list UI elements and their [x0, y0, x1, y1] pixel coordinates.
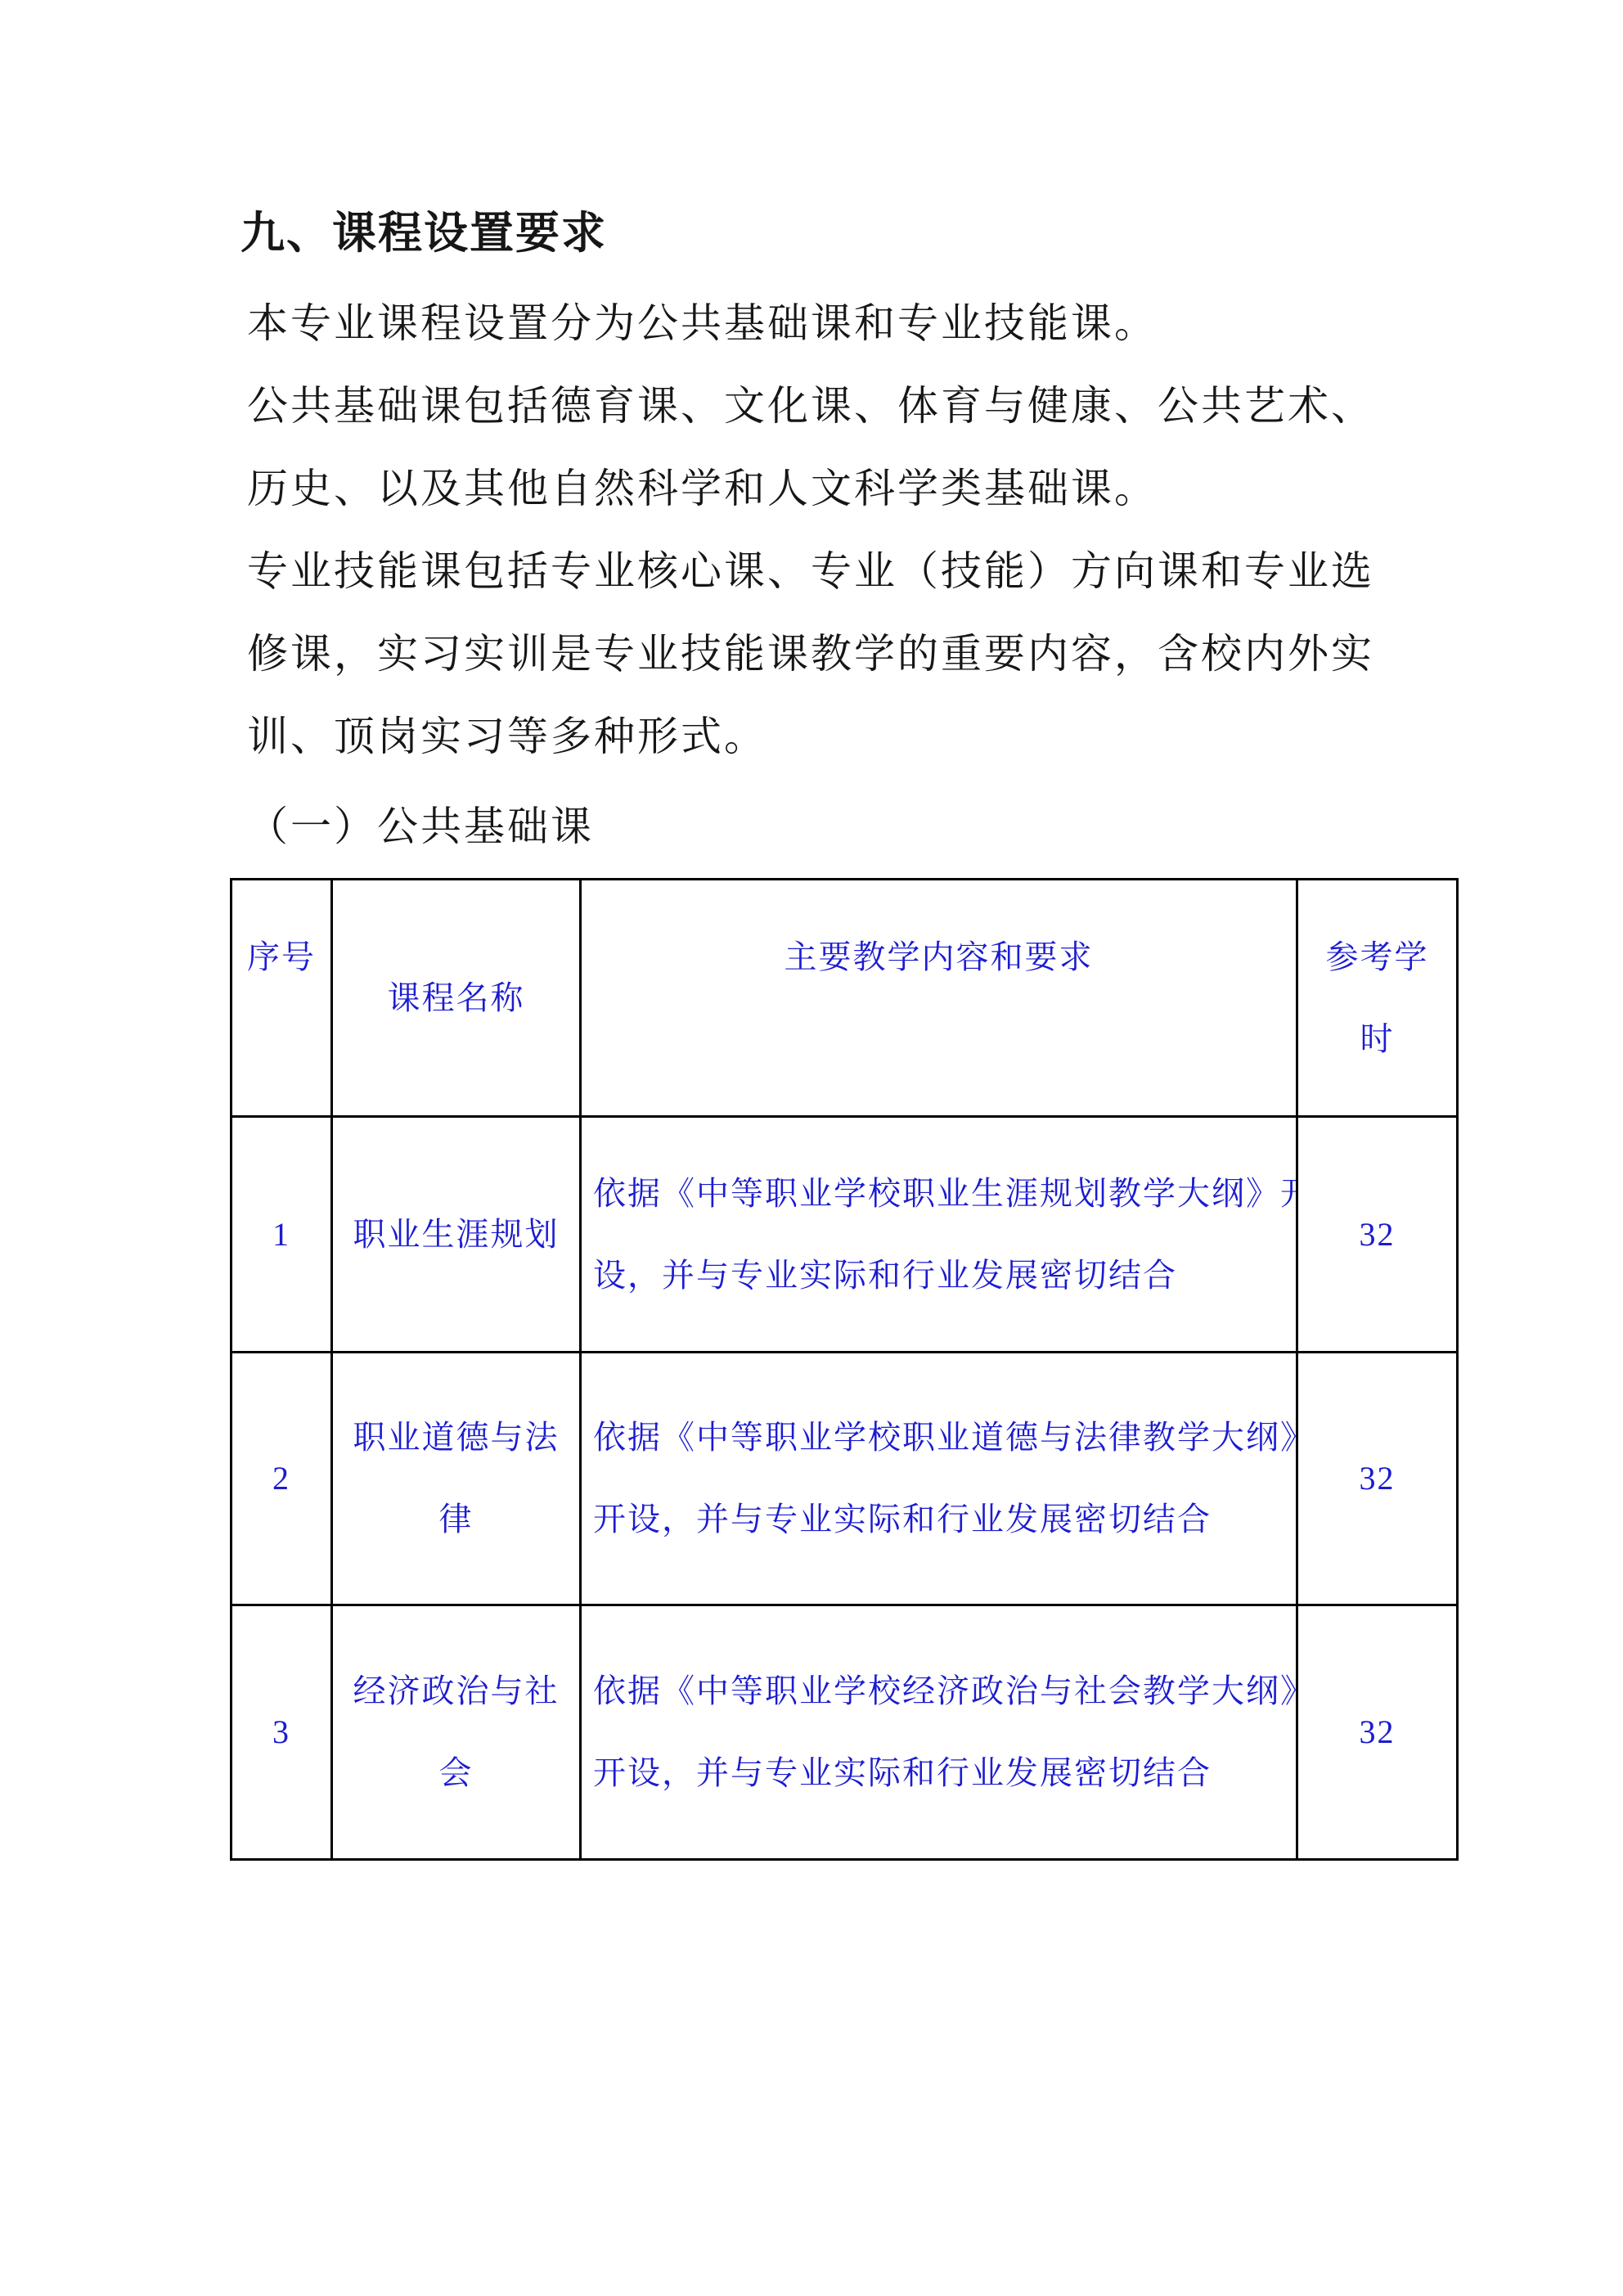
intro-line: 专业技能课包括专业核心课、专业（技能）方向课和专业选: [247, 530, 1374, 613]
row3-hours-cell: 32: [1298, 1606, 1459, 1861]
row2-content-cell: 依据《中等职业学校职业道德与法律教学大纲》 开设，并与专业实际和行业发展密切结合: [582, 1353, 1298, 1606]
row1-content-cell: 依据《中等职业学校职业生涯规划教学大纲》开 设，并与专业实际和行业发展密切结合: [582, 1118, 1298, 1353]
row1-index-cell: 1: [232, 1118, 333, 1353]
row3-hours: 32: [1360, 1691, 1396, 1773]
row2-content-line1: 依据《中等职业学校职业道德与法律教学大纲》: [593, 1397, 1298, 1479]
row2-course-line1: 职业道德与法: [353, 1397, 560, 1479]
row1-course: 职业生涯规划: [353, 1194, 560, 1276]
intro-paragraphs: 本专业课程设置分为公共基础课和专业技能课。 公共基础课包括德育课、文化课、体育与…: [247, 282, 1374, 778]
intro-line: 历史、以及其他自然科学和人文科学类基础课。: [247, 448, 1374, 530]
row3-course-cell: 经济政治与社 会: [333, 1606, 582, 1861]
row1-hours-cell: 32: [1298, 1118, 1459, 1353]
row3-content-line1: 依据《中等职业学校经济政治与社会教学大纲》: [593, 1650, 1298, 1732]
header-cell-course: 课程名称: [333, 880, 582, 1118]
header-cell-index: 序号: [232, 880, 333, 1118]
row3-content-cell: 依据《中等职业学校经济政治与社会教学大纲》 开设，并与专业实际和行业发展密切结合: [582, 1606, 1298, 1861]
document-heading: 九、课程设置要求: [241, 208, 607, 259]
row2-course-cell: 职业道德与法 律: [333, 1353, 582, 1606]
row2-course-line2: 律: [439, 1479, 474, 1560]
row2-hours: 32: [1360, 1438, 1396, 1519]
header-hours-label-line1: 参考学: [1326, 916, 1429, 998]
intro-line: 训、顶岗实习等多种形式。: [247, 696, 1374, 778]
row3-index: 3: [272, 1691, 290, 1773]
row1-course-cell: 职业生涯规划: [333, 1118, 582, 1353]
header-index-label: 序号: [247, 916, 316, 998]
row3-index-cell: 3: [232, 1606, 333, 1861]
row1-content-line2: 设，并与专业实际和行业发展密切结合: [593, 1235, 1177, 1317]
document-page: 九、课程设置要求 本专业课程设置分为公共基础课和专业技能课。 公共基础课包括德育…: [0, 0, 1623, 2296]
row2-index: 2: [272, 1438, 290, 1519]
section-label: （一）公共基础课: [247, 786, 594, 868]
row3-course-line1: 经济政治与社: [353, 1650, 560, 1732]
header-content-label: 主要教学内容和要求: [785, 916, 1094, 998]
intro-line: 本专业课程设置分为公共基础课和专业技能课。: [247, 282, 1374, 365]
header-cell-hours: 参考学 时: [1298, 880, 1459, 1118]
row1-hours: 32: [1360, 1194, 1396, 1276]
row3-course-line2: 会: [439, 1732, 474, 1814]
row2-content-line2: 开设，并与专业实际和行业发展密切结合: [593, 1479, 1212, 1560]
header-cell-content: 主要教学内容和要求: [582, 880, 1298, 1118]
header-course-label: 课程名称: [388, 957, 525, 1039]
row2-index-cell: 2: [232, 1353, 333, 1606]
course-table: 序号 课程名称 主要教学内容和要求 参考学 时 1 职业生涯规划 依据《中等职业…: [230, 878, 1459, 1861]
intro-line: 公共基础课包括德育课、文化课、体育与健康、公共艺术、: [247, 365, 1374, 448]
row1-content-line1: 依据《中等职业学校职业生涯规划教学大纲》开: [593, 1153, 1298, 1235]
row2-hours-cell: 32: [1298, 1353, 1459, 1606]
header-hours-label-line2: 时: [1360, 998, 1395, 1080]
row1-index: 1: [272, 1194, 290, 1276]
row3-content-line2: 开设，并与专业实际和行业发展密切结合: [593, 1732, 1212, 1814]
intro-line: 修课，实习实训是专业技能课教学的重要内容，含校内外实: [247, 613, 1374, 696]
